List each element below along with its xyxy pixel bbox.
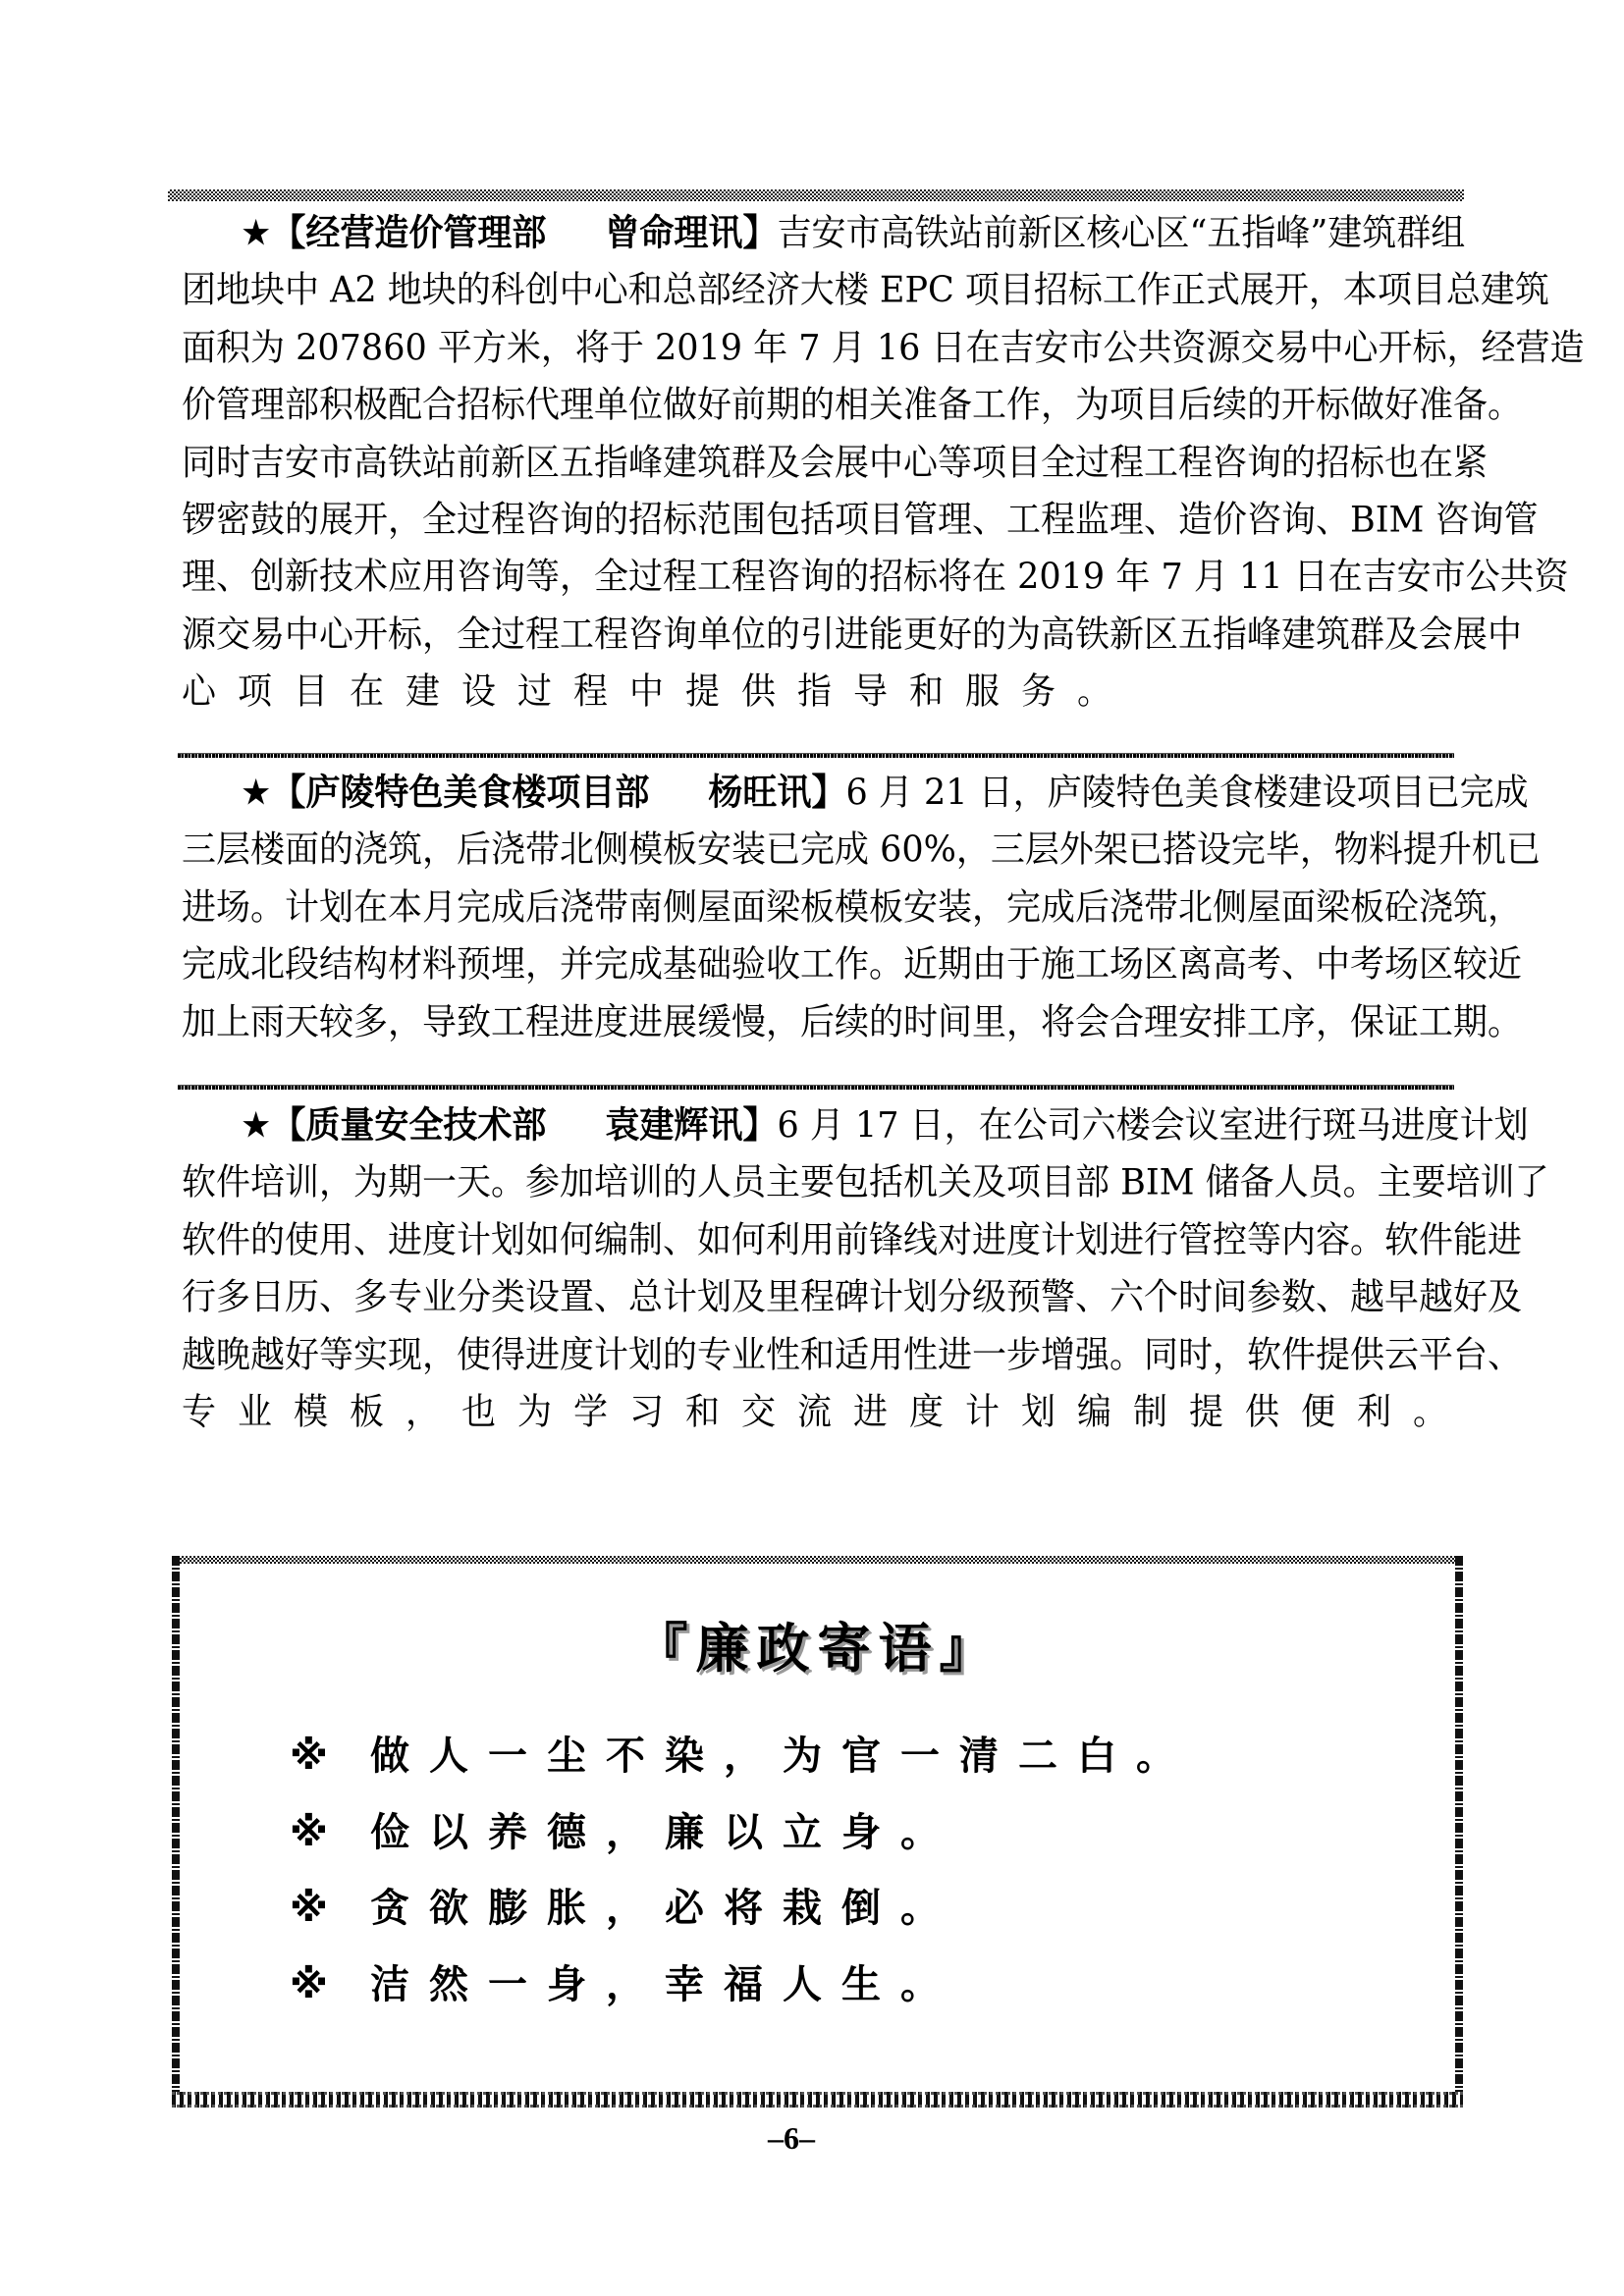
maxims-list: ※做人一尘不染，为官一清二白。 ※俭以养德，廉以立身。 ※贪欲膨胀，必将栽倒。 … [290,1719,1195,2024]
article-department: 质量安全技术部 [305,1105,546,1147]
article-line: ★【质量安全技术部袁建辉讯】6 月 17 日，在公司六楼会议室进行斑马进度计划 [182,1096,1436,1156]
bracket-open: 【 [271,773,305,814]
article-line: 软件培训，为期一天。参加培训的人员主要包括机关及项目部 BIM 储备人员。主要培… [182,1153,1436,1213]
article-business-cost-dept: ★【经营造价管理部曾命理讯】吉安市高铁站前新区核心区“五指峰”建筑群组 团地块中… [182,205,1436,721]
bracket-close: 】 [742,1105,777,1147]
box-border-bottom [172,2092,1463,2108]
maxim-item: ※做人一尘不染，为官一清二白。 [290,1719,1195,1795]
article-quality-safety-dept: ★【质量安全技术部袁建辉讯】6 月 17 日，在公司六楼会议室进行斑马进度计划 … [182,1097,1436,1441]
article-line: 同时吉安市高铁站前新区五指峰建筑群及会展中心等项目全过程工程咨询的招标也在紧 [182,433,1436,493]
article-line: 软件的使用、进度计划如何编制、如何利用前锋线对进度计划进行管控等内容。软件能进 [182,1210,1436,1270]
reference-mark-icon: ※ [290,1795,370,1872]
section-divider [178,1085,1454,1090]
article-luling-food-building: ★【庐陵特色美食楼项目部杨旺讯】6 月 21 日，庐陵特色美食楼建设项目已完成 … [182,765,1436,1051]
maxim-item: ※俭以养德，廉以立身。 [290,1795,1195,1872]
article-line: ★【经营造价管理部曾命理讯】吉安市高铁站前新区核心区“五指峰”建筑群组 [182,204,1436,264]
article-reporter: 袁建辉讯 [605,1105,742,1147]
integrity-maxims-box: 『廉政寄语』 ※做人一尘不染，为官一清二白。 ※俭以养德，廉以立身。 ※贪欲膨胀… [169,1553,1466,2110]
article-line: 加上雨天较多，导致工程进度进展缓慢，后续的时间里，将会合理安排工序，保证工期。 [182,992,1436,1052]
article-line: 越晚越好等实现，使得进度计划的专业性和适用性进一步增强。同时，软件提供云平台、 [182,1325,1436,1385]
article-text: 6 月 17 日，在公司六楼会议室进行斑马进度计划 [777,1105,1528,1147]
star-icon: ★ [241,1096,271,1156]
article-line: 锣密鼓的展开，全过程咨询的招标范围包括项目管理、工程监理、造价咨询、BIM 咨询… [182,490,1436,550]
article-line: ★【庐陵特色美食楼项目部杨旺讯】6 月 21 日，庐陵特色美食楼建设项目已完成 [182,764,1436,824]
article-text: 6 月 21 日，庐陵特色美食楼建设项目已完成 [845,773,1528,814]
star-icon: ★ [241,204,271,264]
article-line: 行多日历、多专业分类设置、总计划及里程碑计划分级预警、六个时间参数、越早越好及 [182,1268,1436,1328]
maxim-text: 做人一尘不染，为官一清二白。 [370,1734,1195,1779]
reference-mark-icon: ※ [290,1871,370,1948]
maxim-text: 洁然一身，幸福人生。 [370,1962,959,2007]
maxim-text: 贪欲膨胀，必将栽倒。 [370,1886,959,1931]
bracket-close: 】 [811,773,845,814]
reference-mark-icon: ※ [290,1719,370,1795]
reference-mark-icon: ※ [290,1948,370,2024]
bracket-close: 】 [742,213,777,254]
bracket-open: 【 [271,213,305,254]
article-line: 面积为 207860 平方米，将于 2019 年 7 月 16 日在吉安市公共资… [182,318,1436,378]
maxim-item: ※贪欲膨胀，必将栽倒。 [290,1871,1195,1948]
top-decorative-border [168,189,1464,201]
maxim-item: ※洁然一身，幸福人生。 [290,1948,1195,2024]
article-department: 经营造价管理部 [305,213,546,254]
star-icon: ★ [241,764,271,824]
article-line: 心项目在建设过程中提供指导和服务。 [182,663,1436,722]
box-border-top [172,1556,1463,1564]
article-line: 进场。计划在本月完成后浇带南侧屋面梁板模板安装，完成后浇带北侧屋面梁板砼浇筑， [182,878,1436,937]
article-line: 三层楼面的浇筑，后浇带北侧模板安装已完成 60%，三层外架已搭设完毕，物料提升机… [182,821,1436,881]
maxim-text: 俭以养德，廉以立身。 [370,1810,959,1855]
article-line: 团地块中 A2 地块的科创中心和总部经济大楼 EPC 项目招标工作正式展开，本项… [182,261,1436,321]
document-page: ★【经营造价管理部曾命理讯】吉安市高铁站前新区核心区“五指峰”建筑群组 团地块中… [0,0,1624,2296]
article-line: 源交易中心开标，全过程工程咨询单位的引进能更好的为高铁新区五指峰建筑群及会展中 [182,605,1436,665]
page-number: –6– [0,2120,1583,2157]
section-divider [178,753,1454,758]
article-reporter: 杨旺讯 [708,773,811,814]
article-line: 价管理部积极配合招标代理单位做好前期的相关准备工作，为项目后续的开标做好准备。 [182,376,1436,436]
article-line: 理、创新技术应用咨询等，全过程工程咨询的招标将在 2019 年 7 月 11 日… [182,548,1436,608]
article-department: 庐陵特色美食楼项目部 [305,773,649,814]
article-text: 吉安市高铁站前新区核心区“五指峰”建筑群组 [777,213,1465,254]
article-line: 专业模板，也为学习和交流进度计划编制提供便利。 [182,1382,1436,1442]
article-reporter: 曾命理讯 [605,213,742,254]
maxims-title: 『廉政寄语』 [172,1607,1463,1682]
bracket-open: 【 [271,1105,305,1147]
article-line: 完成北段结构材料预埋，并完成基础验收工作。近期由于施工场区离高考、中考场区较近 [182,935,1436,995]
